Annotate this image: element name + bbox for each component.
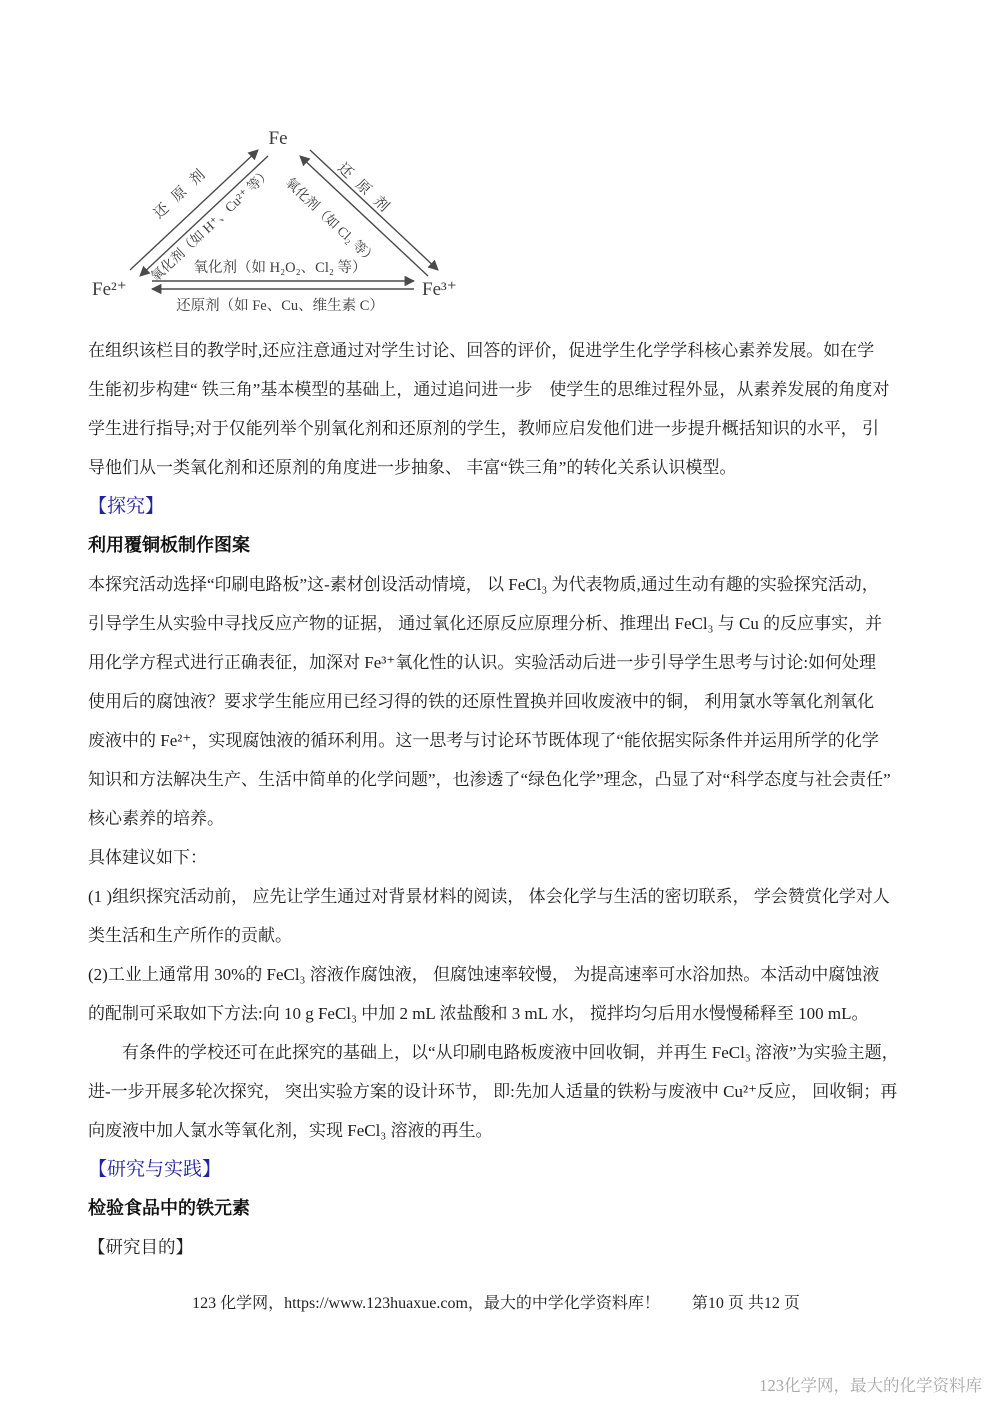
paragraph-line: 具体建议如下： (88, 838, 920, 877)
iron-triangle-diagram: Fe Fe²⁺ Fe³⁺ 还原剂 氧化剂（如 H⁺、Cu²⁺ 等） 还原剂 氧化… (78, 120, 498, 332)
paragraph-line: 类生活和生产所作的贡献。 (88, 916, 920, 955)
document-page: Fe Fe²⁺ Fe³⁺ 还原剂 氧化剂（如 H⁺、Cu²⁺ 等） 还原剂 氧化… (0, 0, 992, 1403)
paragraph-line: 废液中的 Fe²⁺，实现腐蚀液的循环利用。这一思考与讨论环节既体现了“能依据实际… (88, 721, 920, 760)
section-title-bold: 利用覆铜板制作图案 (88, 526, 920, 565)
paragraph-line: 的配制可采取如下方法:向 10 g FeCl₃ 中加 2 mL 浓盐酸和 3 m… (88, 994, 920, 1033)
label-bottom-oxidizer: 氧化剂（如 H₂O₂、Cl₂ 等） (193, 259, 366, 276)
paragraph-line: 学生进行指导;对于仅能列举个别氧化剂和还原剂的学生，教师应启发他们进一步提升概括… (88, 409, 920, 448)
paragraph-line: (2)工业上通常用 30%的 FeCl₃ 溶液作腐蚀液， 但腐蚀速率较慢， 为提… (88, 955, 920, 994)
section-header-plain: 【研究目的】 (88, 1228, 920, 1267)
node-fe: Fe (269, 128, 288, 149)
paragraph-line: 导他们从一类氧化剂和还原剂的角度进一步抽象、 丰富“铁三角”的转化关系认识模型。 (88, 448, 920, 487)
watermark: 123化学网，最大的化学资料库 (759, 1372, 982, 1396)
paragraph-line: 核心素养的培养。 (88, 799, 920, 838)
iron-triangle-svg: Fe Fe²⁺ Fe³⁺ 还原剂 氧化剂（如 H⁺、Cu²⁺ 等） 还原剂 氧化… (78, 120, 498, 332)
section-title-bold: 检验食品中的铁元素 (88, 1189, 920, 1228)
node-fe3plus: Fe³⁺ (422, 279, 457, 300)
paragraph-line: 进-一步开展多轮次探究， 突出实验方案的设计环节， 即:先加人适量的铁粉与废液中… (88, 1072, 920, 1111)
label-left-reducer: 还原剂 (150, 159, 215, 222)
paragraph-line: 知识和方法解决生产、生活中简单的化学问题”，也渗透了“绿色化学”理念，凸显了对“… (88, 760, 920, 799)
page-footer: 123 化学网，https://www.123huaxue.com，最大的中学化… (0, 1290, 992, 1313)
section-header-blue: 【探究】 (88, 487, 920, 526)
paragraph-line: (1 )组织探究活动前， 应先让学生通过对背景材料的阅读， 体会化学与生活的密切… (88, 877, 920, 916)
paragraph-line: 用化学方程式进行正确表征，加深对 Fe³⁺氧化性的认识。实验活动后进一步引导学生… (88, 643, 920, 682)
content-area: 在组织该栏目的教学时,还应注意通过对学生讨论、回答的评价，促进学生化学学科核心素… (88, 331, 920, 1267)
paragraph-line: 使用后的腐蚀液？要求学生能应用已经习得的铁的还原性置换并回收废液中的铜， 利用氯… (88, 682, 920, 721)
paragraph-line: 在组织该栏目的教学时,还应注意通过对学生讨论、回答的评价，促进学生化学学科核心素… (88, 331, 920, 370)
section-header-blue: 【研究与实践】 (88, 1150, 920, 1189)
paragraph-line: 本探究活动选择“印刷电路板”这-素材创设活动情境， 以 FeCl₃ 为代表物质,… (88, 565, 920, 604)
paragraph-line: 有条件的学校还可在此探究的基础上，以“从印刷电路板废液中回收铜，并再生 FeCl… (88, 1033, 920, 1072)
label-right-reducer: 还原剂 (334, 159, 399, 222)
paragraph-line: 向废液中加人氯水等氧化剂，实现 FeCl₃ 溶液的再生。 (88, 1111, 920, 1150)
paragraph-line: 生能初步构建“ 铁三角”基本模型的基础上，通过追问进一步 使学生的思维过程外显，… (88, 370, 920, 409)
label-bottom-reducer: 还原剂（如 Fe、Cu、维生素 C） (176, 297, 384, 314)
node-fe2plus: Fe²⁺ (92, 279, 127, 300)
paragraph-line: 引导学生从实验中寻找反应产物的证据， 通过氧化还原反应原理分析、推理出 FeCl… (88, 604, 920, 643)
arrow-fe2-to-fe (130, 150, 258, 270)
